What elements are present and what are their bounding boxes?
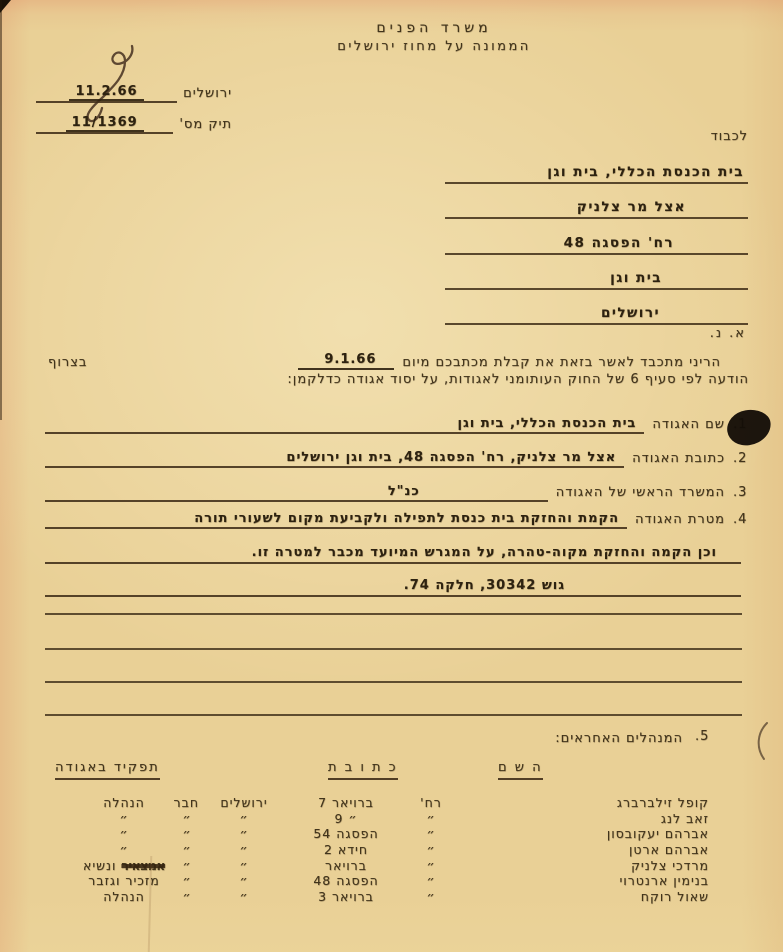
address-part: רח'	[418, 795, 444, 810]
blank-rule	[45, 613, 742, 615]
director-role: חברהנהלה	[45, 795, 199, 810]
role-part: ״	[175, 873, 199, 888]
blank-rule	[45, 714, 742, 716]
association-name: בית הכנסת הכללי, בית וגן	[458, 416, 637, 431]
director-address: ״ברויאר 3״	[214, 889, 444, 904]
received-date: 9.1.66	[298, 352, 394, 370]
director-role: ״הנהלה	[45, 889, 199, 904]
director-address: ״חידא 2״	[214, 842, 444, 857]
address-part: ״	[214, 889, 274, 904]
file-rule: 11/1369	[36, 115, 173, 134]
item-number: 2.	[733, 451, 753, 468]
table-header-address: כ ת ו ב ת	[328, 760, 398, 780]
purpose-continuation-line: גוש 30342, חלקה 74.	[45, 569, 741, 597]
recipient-line: בית הכנסת הכללי, בית וגן	[445, 155, 748, 184]
address-part: ״	[214, 826, 274, 841]
table-row: זאב לנג״״ 9״״״	[45, 811, 745, 827]
director-name: זאב לנג	[474, 811, 745, 826]
director-name: קופל זילברברג	[474, 795, 745, 810]
date-line: ירושלים 11.2.66	[36, 77, 232, 103]
address-part: ״	[418, 858, 444, 873]
form-item-4: 4. מטרת האגודה הקמת והחזקת בית כנסת לתפי…	[45, 503, 753, 529]
role-part: ״	[175, 889, 199, 904]
address-part: הפסגה 54	[274, 826, 418, 841]
address-part: ״	[214, 842, 274, 857]
scanned-letter-page: משרד הפנים הממונה על מחוז ירושלים ירושלי…	[0, 0, 783, 952]
letterhead-division: הממונה על מחוז ירושלים	[90, 39, 778, 54]
table-row: קופל זילברברגרח'ברויאר 7ירושליםחברהנהלה	[45, 795, 745, 811]
address-part: ברויאר	[274, 858, 418, 873]
director-role: ״מזכיר וגזבר	[45, 873, 199, 888]
association-purpose: הקמת והחזקת בית כנסת לתפילה ולקביעת מקום…	[194, 511, 619, 526]
item-value-line: בית הכנסת הכללי, בית וגן	[45, 416, 644, 434]
director-role: ״״	[45, 842, 199, 857]
blank-rule	[45, 648, 742, 650]
address-part: ״	[214, 873, 274, 888]
date-value: 11.2.66	[69, 84, 143, 101]
director-address: ״״ 9״	[214, 811, 444, 826]
director-address: ״ברויאר״	[214, 858, 444, 873]
address-part: ״	[418, 873, 444, 888]
role-part: הנהלה	[45, 889, 175, 904]
role-part: ״	[45, 842, 175, 857]
blank-rule	[45, 681, 742, 683]
address-part: חידא 2	[274, 842, 418, 857]
recipient-street: רח' הפסגה 48	[564, 235, 674, 251]
main-office: כנ"ל	[388, 484, 420, 499]
item-label: כתובת האגודה	[632, 451, 725, 468]
recipient-line: רח' הפסגה 48	[445, 226, 748, 255]
role-part: חבר	[175, 795, 199, 810]
item-number: 5.	[695, 729, 715, 746]
recipient-care-of: אצל מר צלניק	[577, 199, 686, 215]
role-part: ״	[45, 826, 175, 841]
parcel-reference: גוש 30342, חלקה 74.	[404, 578, 565, 593]
director-name: בנימין ארנטרוי	[474, 873, 745, 888]
file-label: תיק מס'	[173, 117, 232, 134]
form-item-3: 3. המשרד הראשי של האגודה כנ"ל	[45, 476, 753, 502]
role-part: הנהלה	[45, 795, 175, 810]
director-role: ״״	[45, 811, 199, 826]
item-label: המנהלים האחראים:	[555, 731, 683, 746]
address-part: ירושלים	[214, 795, 274, 810]
address-part: ״	[418, 842, 444, 857]
item-label: המשרד הראשי של האגודה	[556, 485, 725, 502]
form-item-1: 1. שם האגודה בית הכנסת הכללי, בית וגן	[45, 408, 753, 434]
form-item-2: 2. כתובת האגודה אצל מר צלניק, רח' הפסגה …	[45, 442, 753, 468]
role-struck-word: אמצאיר	[121, 858, 165, 873]
role-part: ״	[45, 811, 175, 826]
salutation: לכבוד	[711, 129, 748, 144]
file-value: 11/1369	[66, 115, 144, 132]
address-part: ברויאר 3	[274, 889, 418, 904]
body-line-2: הודעה לפי סעיף 6 של החוק העותומני לאגודו…	[287, 372, 749, 387]
body-text-after-date: בצרוף	[48, 355, 87, 370]
role-part: אמצאיר ונשיא	[45, 858, 175, 873]
recipient-line: ירושלים	[445, 296, 748, 325]
date-rule: 11.2.66	[36, 84, 177, 103]
director-role: ״אמצאיר ונשיא	[45, 858, 199, 873]
director-role: ״״	[45, 826, 199, 841]
recipient-line: בית וגן	[445, 261, 748, 290]
director-address: רח'ברויאר 7ירושלים	[214, 795, 444, 810]
letterhead-office: משרד הפנים	[90, 20, 778, 36]
director-name: אברהם יעקובסון	[474, 826, 745, 841]
director-name: אברהם ארטן	[474, 842, 745, 857]
address-part: ״	[418, 826, 444, 841]
body-line-1: הריני מתכבד לאשר בזאת את קבלת מכתבכם מיו…	[48, 352, 721, 370]
city-label: ירושלים	[177, 86, 232, 103]
greeting: א. נ.	[710, 326, 746, 341]
handwritten-tick	[753, 720, 769, 762]
address-part: ״	[214, 811, 274, 826]
item-label: שם האגודה	[652, 417, 725, 434]
table-row: אברהם יעקובסון״הפסגה 54״״״	[45, 826, 745, 842]
item-label: מטרת האגודה	[635, 512, 725, 529]
address-part: ״	[418, 889, 444, 904]
purpose-continuation-line: וכן הקמה והחזקת מקוה-טהרה, על המגרש המיו…	[45, 536, 741, 564]
scan-edge-artifact	[0, 0, 2, 420]
role-part: ״	[175, 858, 199, 873]
association-address: אצל מר צלניק, רח' הפסגה 48, בית וגן ירוש…	[286, 450, 616, 465]
recipient-city: ירושלים	[601, 305, 660, 321]
address-part: הפסגה 48	[274, 873, 418, 888]
recipient-line: אצל מר צלניק	[445, 190, 748, 219]
role-part: ״	[175, 842, 199, 857]
role-part: מזכיר וגזבר	[45, 873, 175, 888]
table-header-name: ה ש ם	[498, 760, 543, 780]
address-part: ״	[418, 811, 444, 826]
director-name: מרדכי צלניק	[474, 858, 745, 873]
body-text-before-date: הריני מתכבד לאשר בזאת את קבלת מכתבכם מיו…	[402, 355, 721, 370]
role-part: ״	[175, 811, 199, 826]
item-number: 4.	[733, 512, 753, 529]
director-name: שאול רוקח	[474, 889, 745, 904]
item-value-line: הקמת והחזקת בית כנסת לתפילה ולקביעת מקום…	[45, 511, 627, 529]
file-line: תיק מס' 11/1369	[36, 108, 232, 134]
item-number: 3.	[733, 485, 753, 502]
item-value-line: אצל מר צלניק, רח' הפסגה 48, בית וגן ירוש…	[45, 450, 624, 468]
purpose-line-2: וכן הקמה והחזקת מקוה-טהרה, על המגרש המיו…	[252, 545, 717, 560]
address-part: ״	[214, 858, 274, 873]
role-part: ״	[175, 826, 199, 841]
address-part: ״ 9	[274, 811, 418, 826]
director-address: ״הפסגה 48״	[214, 873, 444, 888]
director-address: ״הפסגה 54״	[214, 826, 444, 841]
address-part: ברויאר 7	[274, 795, 418, 810]
item-value-line: כנ"ל	[45, 484, 548, 502]
recipient-name: בית הכנסת הכללי, בית וגן	[547, 164, 744, 180]
recipient-neighborhood: בית וגן	[610, 270, 662, 286]
form-item-5: 5. המנהלים האחראים:	[555, 729, 715, 746]
table-header-role: תפקיד באגודה	[55, 760, 160, 780]
